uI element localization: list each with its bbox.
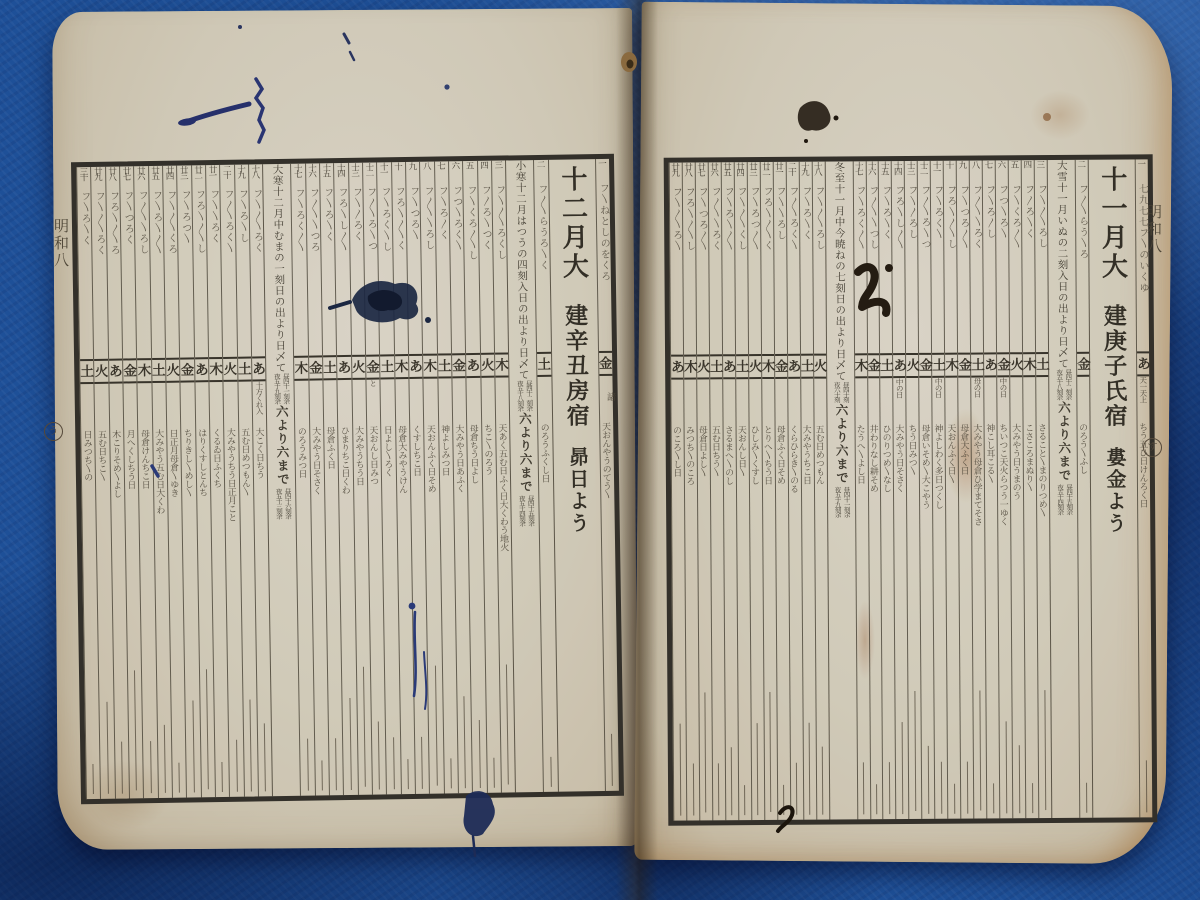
night-length: 夜五十八刻余 [1054,369,1062,399]
day-note-text: 天おんやうのてう〵 [600,422,619,791]
day-band-note [245,382,246,428]
day-band-note [302,381,303,427]
day-element: 土 [1036,352,1048,377]
day-number: 十七 [852,161,866,185]
month-title-column: 十一月大建庚子氏宿婁金よう [1088,159,1140,817]
daylight-length: 昼四十六刻余 [283,488,291,518]
daylight-length: 昼四十五刻余 [526,495,534,525]
day-band-note [102,384,103,430]
day-element: 金 [599,351,613,376]
day-band-note [216,382,217,428]
day-number: 廿一 [206,165,220,189]
day-band-note [188,383,189,429]
day-band-note [387,379,388,425]
day-band-note: と [368,379,380,425]
daylight-pair: 昼四十二刻余夜五十八刻余 [1054,369,1071,399]
day-element: 木 [138,358,152,383]
month-build-text: 建庚子氏宿 [1090,303,1137,428]
day-band-note [159,383,160,429]
day-element: 土 [80,359,94,384]
daylight-length: 昼四十一刻余 [281,373,289,403]
daylight-pair: 昼四十六刻余夜五十三刻余 [274,488,291,518]
day-number: 廿六 [134,166,148,190]
night-length: 夜五十四刻余 [517,495,525,525]
day-element: 火 [749,354,761,379]
day-band-note [544,377,545,423]
day-element: 火 [697,354,709,379]
day-number: 十三 [348,163,362,187]
day-band-note: 天一天上 [1138,376,1149,422]
day-number: 廿九 [91,167,105,191]
day-element: 火 [814,354,826,379]
day-number: 廿三 [746,162,760,186]
day-number: 廿九 [669,163,683,187]
day-note-text: ちう五ひ日けんろく日 [1137,422,1153,817]
daylight-pair: 昼四十五刻余夜五十四刻余 [1055,484,1072,514]
solar-term-text: 冬至十一月中今暁ねの七刻日の出より日乄て [825,161,854,381]
day-element: 土 [238,356,252,381]
daylight-length: 昼四十刻 [841,381,849,401]
day-element: 土 [801,354,813,379]
day-number: 九 [406,162,420,186]
day-band-note [173,383,174,429]
daylight-length: 昼四十二刻余 [524,380,532,410]
daylight-pair: 昼四十一刻余夜五十九刻余 [272,373,289,403]
solar-term-column: 冬至十一月中今暁ねの七刻日の出より日乄て昼四十刻夜六十刻六より六まで昼四十一刻余… [824,161,857,819]
night-length: 夜五十四刻余 [1055,484,1063,514]
day-stem-text: フ〵ろく〱 [852,185,868,353]
day-band-note: 中の日 [998,377,1009,423]
day-number: 廿二 [192,165,206,189]
day-element: 木 [762,354,774,379]
day-element: 金 [309,355,323,380]
day-element: 金 [452,353,466,378]
day-stem-text: フ〱らう〵ろ [1074,184,1090,352]
day-number: 二 [1075,160,1089,184]
calendar-frame-november: 一七九七七フ〵のいくゆあ天一天上ちう五ひ日けんろく日十一月大建庚子氏宿婁金よう二… [664,154,1158,825]
day-number: 六 [995,160,1009,184]
day-number: 十八 [249,164,263,188]
day-element: 金 [868,353,880,378]
day-number: 十七 [291,164,305,188]
day-element: あ [1137,351,1149,376]
day-column: 廿九フ〵〱ろ〵あのころ〵し日 [669,163,687,821]
daylight-pair: 昼四十刻夜六十刻 [832,381,849,401]
day-number: 廿一 [772,162,786,186]
day-number: 八 [969,160,983,184]
day-number: 廿五 [720,162,734,186]
day-element: 土 [438,353,452,378]
day-band-note [145,383,146,429]
day-band-note: 中の日 [894,378,905,424]
day-number: 廿七 [695,162,709,186]
day-element: 金 [997,352,1009,377]
day-element: 火 [224,357,238,382]
day-element: 金 [123,358,137,383]
day-stem-text: フ〱らうろ〵く [534,184,552,352]
month-name: 十二月大 [549,165,597,282]
day-band-note: 十方くれ入 [254,381,266,427]
six-to-six-label: 六より六まで [1049,401,1077,482]
day-number: 十三 [904,161,918,185]
day-number: 五 [1008,160,1022,184]
day-band-note [316,380,317,426]
day-element: あ [893,353,905,378]
day-band-note [202,382,203,428]
day-number: 四 [477,161,491,185]
day-element: あ [195,357,209,382]
day-band-note [345,380,346,426]
book-photo: 一フ〵ねとしのをくろ金天おんやうのてう〵十二月大建辛丑房宿昴日よう二フ〱らうろ〵… [0,0,1200,900]
day-note-text: たうへ〵よし日 [855,424,871,819]
day-band-note [473,378,474,424]
day-element: 土 [537,352,551,377]
day-element: あ [788,354,800,379]
day-band-note [459,378,460,424]
daylight-pair: 昼四十一刻余夜五十九刻余 [833,486,850,516]
lunar-lodge-text: 昴日よう [553,446,600,535]
day-number: 十六 [865,161,879,185]
day-element: 火 [481,353,495,378]
day-note-text: のころ〵し日 [671,426,687,821]
day-number: 一 [595,159,609,183]
day-band-note [359,380,360,426]
day-element: 木 [684,354,696,379]
day-element: 火 [1010,352,1022,377]
day-band-note [402,379,403,425]
day-element: 土 [380,354,394,379]
month-name: 十一月大 [1089,165,1136,281]
day-band-note [116,384,117,430]
day-element: 木 [423,354,437,379]
night-length: 夜五十九刻余 [272,373,280,403]
day-element: 土 [932,353,944,378]
edition-label-left: 明和八 [50,218,71,269]
day-element: 火 [95,359,109,384]
day-element: 火 [352,355,366,380]
day-element: 木 [209,357,223,382]
day-number: 九 [956,161,970,185]
day-number: 三十 [77,167,91,191]
day-band-note [502,378,503,424]
day-number: 十八 [811,162,825,186]
six-to-six-label: 六より六まで [510,412,538,493]
day-element: 土 [152,358,166,383]
day-element: 金 [919,353,931,378]
day-number: 七 [434,161,448,185]
day-number: 十六 [305,163,319,187]
day-band-note [330,380,331,426]
day-number: 廿七 [120,166,134,190]
day-number: 廿三 [177,165,191,189]
six-to-six-label: 六より六まで [827,403,855,484]
day-number: 二十 [785,162,799,186]
day-element: あ [723,354,735,379]
day-number: 八 [420,162,434,186]
day-number: 十九 [798,162,812,186]
day-band-note [430,379,431,425]
daylight-pair: 昼四十二刻余夜五十八刻余 [515,380,532,410]
day-number: 十五 [878,161,892,185]
day-number: 十二 [917,161,931,185]
day-stem-text: フ〵ろ〵く [77,191,95,359]
day-number: 十四 [891,161,905,185]
day-band-note [130,383,131,429]
solar-term-column: 大雪十一月いぬの二刻入日の出より日乄て昼四十二刻余夜五十八刻余六より六まで昼四十… [1047,160,1080,818]
daylight-length: 昼四十一刻余 [842,486,850,516]
daylight-length: 昼四十五刻余 [1064,484,1072,514]
day-number: 五 [463,161,477,185]
day-element: あ [337,355,351,380]
day-stem-text: フ〵〱ろ〵 [668,187,684,355]
day-element: 金 [958,353,970,378]
day-number: 廿二 [759,162,773,186]
calendar-frame-december: 一フ〵ねとしのをくろ金天おんやうのてう〵十二月大建辛丑房宿昴日よう二フ〱らうろ〵… [71,154,624,804]
day-number: 廿八 [106,167,120,191]
day-element: あ [466,353,480,378]
night-length: 夜五十三刻余 [274,488,282,518]
edition-label-right: 明和八 [1143,204,1164,255]
day-number: 十九 [234,165,248,189]
day-element: 土 [736,354,748,379]
circled-quire-mark-right: す [1143,438,1162,457]
daylight-pair: 昼四十五刻余夜五十四刻余 [517,495,534,525]
day-number: 四 [1021,160,1035,184]
day-number: 二 [534,160,548,184]
day-element: 木 [945,353,957,378]
day-number: 三 [1034,160,1048,184]
gutter-mark: 諸 [605,392,618,399]
day-number: 七 [982,160,996,184]
day-element: あ [671,355,683,380]
day-element: 土 [323,355,337,380]
day-element: あ [409,354,423,379]
day-element: 金 [775,354,787,379]
day-number: 三 [492,160,506,184]
day-number: 十二 [363,163,377,187]
day-number: 十一 [377,162,391,186]
day-band-note [87,384,88,430]
day-element: 土 [710,354,722,379]
day-element: 金 [1077,352,1089,377]
lunar-lodge-text: 婁金よう [1091,446,1138,534]
day-band-note: 中の日 [933,378,944,424]
day-number: 廿八 [682,162,696,186]
day-element: 金 [181,357,195,382]
day-note-text: のろう〵ふし [1077,423,1093,818]
night-length: 夜五十八刻余 [515,380,523,410]
day-number: 廿四 [733,162,747,186]
day-element: 木 [855,353,867,378]
day-number: 十一 [930,161,944,185]
solar-term-text: 大雪十一月いぬの二刻入日の出より日乄て [1048,160,1076,369]
day-element: あ [252,356,266,381]
day-number: 十五 [320,163,334,187]
day-element: 木 [395,354,409,379]
night-length: 夜五十九刻余 [833,486,841,516]
six-to-six-label: 六より六まで [267,405,295,486]
solar-term-text: 小寒十二月はつうの四刻入日の出より日乄て [506,160,536,380]
day-element: あ [109,359,123,384]
day-number: 二十 [220,165,234,189]
solar-term-text: 大寒十二月中むまの一刻日の出より日乄て [263,164,293,373]
day-number: 廿五 [149,166,163,190]
day-number: 十 [391,162,405,186]
day-number: 廿四 [163,166,177,190]
day-element: 金 [366,354,380,379]
day-element: あ [984,352,996,377]
day-number: 廿六 [708,162,722,186]
day-band-note: 母の日 [972,377,983,423]
day-element: 火 [906,353,918,378]
day-element: 木 [1023,352,1035,377]
day-number: 一 [1135,159,1149,183]
day-band-note [488,378,489,424]
night-length: 夜六十刻 [832,381,840,401]
day-number: 六 [449,161,463,185]
day-element: 土 [881,353,893,378]
day-stem-text: フ〵ねとしのをくろ [595,183,613,351]
day-number: 十 [943,161,957,185]
day-stem-text: フ〵ろく〱 [291,188,309,356]
daylight-length: 昼四十二刻余 [1063,369,1071,399]
day-number: 十四 [334,163,348,187]
day-band-note [231,382,232,428]
day-element: 火 [166,358,180,383]
day-element: 木 [495,352,509,377]
day-band-note [416,379,417,425]
day-element: 木 [294,356,308,381]
month-build-text: 建辛丑房宿 [551,303,599,429]
circled-quire-mark-left: う [44,422,63,441]
day-element: 土 [971,352,983,377]
day-band-note [445,378,446,424]
